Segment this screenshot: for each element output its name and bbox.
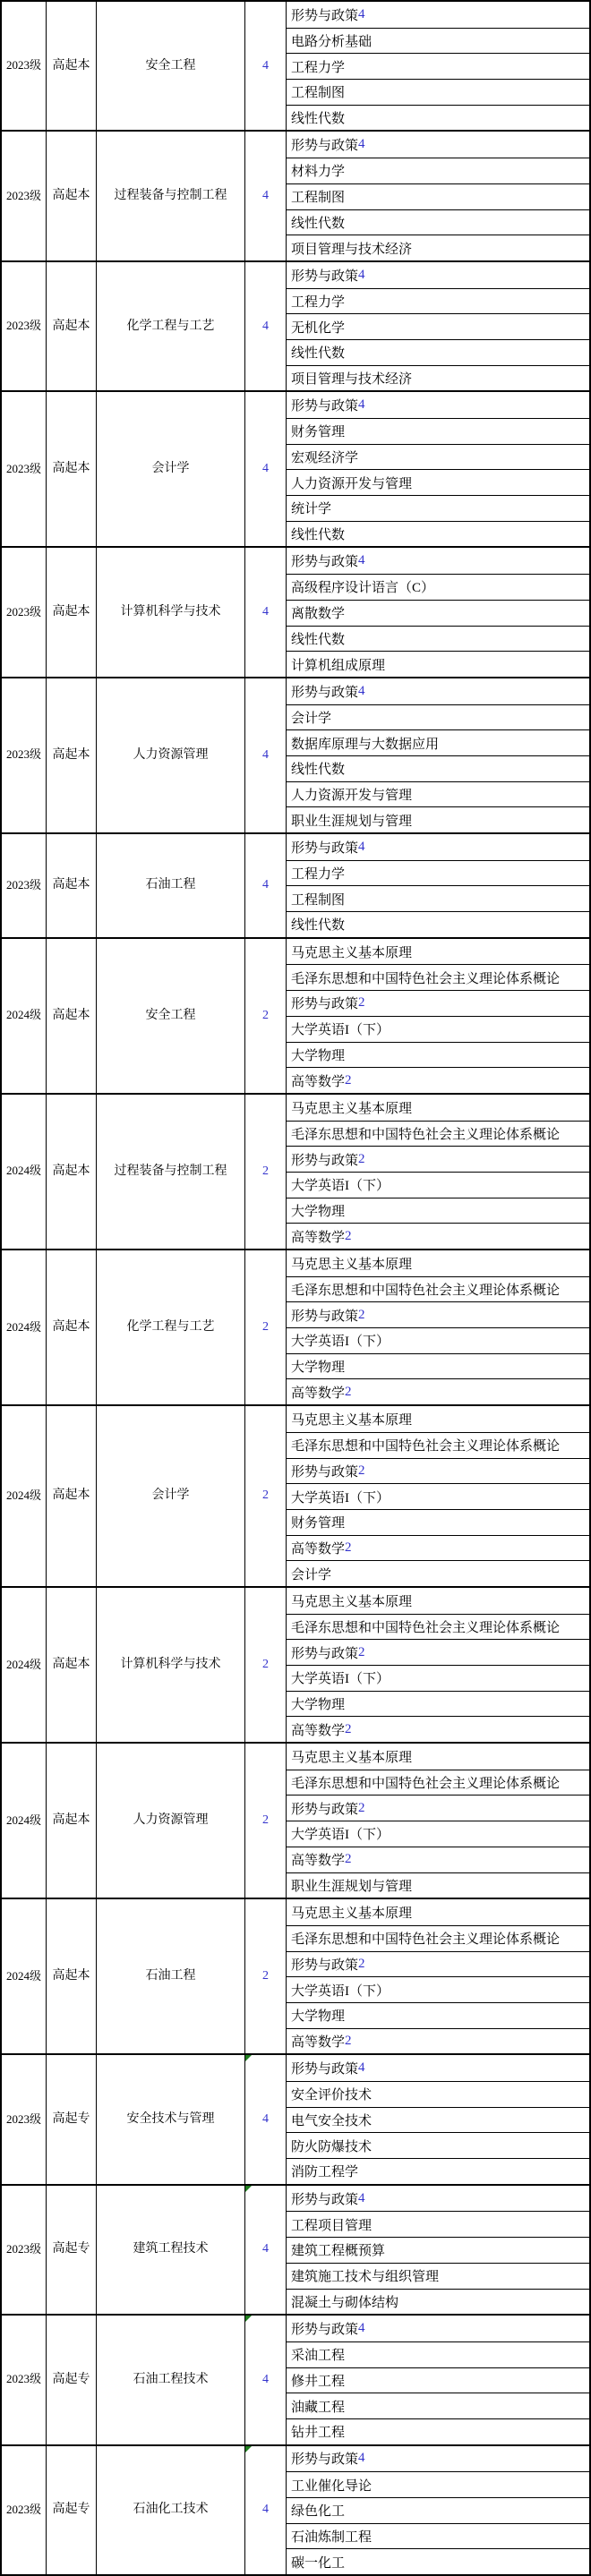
course-cell: 大学英语I（下） — [287, 1327, 589, 1353]
course-cell: 工程制图 — [287, 183, 589, 209]
cell-corner-marker — [245, 2316, 252, 2322]
major-cell: 会计学 — [97, 1406, 245, 1586]
course-cell: 材料力学 — [287, 158, 589, 183]
course-cell: 消防工程学 — [287, 2158, 589, 2184]
level-cell: 高起本 — [47, 1406, 97, 1586]
level-cell: 高起专 — [47, 2446, 97, 2574]
course-cell: 形势与政策2 — [287, 1301, 589, 1327]
credit-value: 2 — [262, 1813, 269, 1828]
course-cell: 形势与政策4 — [287, 678, 589, 704]
courses-cell: 形势与政策4工程力学工程制图线性代数 — [287, 834, 589, 937]
course-cell: 职业生涯规划与管理 — [287, 806, 589, 832]
course-cell: 毛泽东思想和中国特色社会主义理论体系概论 — [287, 1121, 589, 1147]
credit-value: 2 — [262, 1009, 269, 1023]
courses-cell: 马克思主义基本原理毛泽东思想和中国特色社会主义理论体系概论形势与政策2大学英语I… — [287, 1899, 589, 2053]
course-cell: 高等数学2 — [287, 1378, 589, 1404]
course-cell: 线性代数 — [287, 626, 589, 652]
major-cell: 安全工程 — [97, 939, 245, 1093]
major-cell: 安全工程 — [97, 2, 245, 130]
courses-cell: 马克思主义基本原理毛泽东思想和中国特色社会主义理论体系概论形势与政策2大学英语I… — [287, 1744, 589, 1898]
course-cell: 统计学 — [287, 495, 589, 521]
credit-cell: 2 — [245, 939, 287, 1093]
credit-cell: 2 — [245, 1095, 287, 1249]
courses-cell: 形势与政策4会计学数据库原理与大数据应用线性代数人力资源开发与管理职业生涯规划与… — [287, 678, 589, 832]
major-cell: 石油工程 — [97, 834, 245, 937]
courses-cell: 形势与政策4工业催化导论绿色化工石油炼制工程碳一化工 — [287, 2446, 589, 2574]
course-cell: 绿色化工 — [287, 2497, 589, 2523]
course-cell: 计算机组成原理 — [287, 651, 589, 677]
grade-cell: 2023级 — [2, 2, 47, 130]
credit-cell: 2 — [245, 1250, 287, 1404]
major-cell: 会计学 — [97, 392, 245, 546]
course-cell: 大学英语I（下） — [287, 1821, 589, 1847]
grade-cell: 2023级 — [2, 132, 47, 260]
grade-cell: 2024级 — [2, 939, 47, 1093]
grade-cell: 2024级 — [2, 1406, 47, 1586]
course-cell: 形势与政策2 — [287, 1951, 589, 1977]
courses-cell: 马克思主义基本原理毛泽东思想和中国特色社会主义理论体系概论形势与政策2大学英语I… — [287, 1250, 589, 1404]
course-group-row: 2024级 高起本 计算机科学与技术 2 马克思主义基本原理毛泽东思想和中国特色… — [2, 1586, 589, 1742]
grade-cell: 2024级 — [2, 1899, 47, 2053]
course-cell: 毛泽东思想和中国特色社会主义理论体系概论 — [287, 1925, 589, 1951]
course-cell: 形势与政策4 — [287, 2316, 589, 2341]
course-cell: 大学英语I（下） — [287, 1976, 589, 2002]
credit-cell: 4 — [245, 262, 287, 390]
grade-cell: 2024级 — [2, 1588, 47, 1742]
level-cell: 高起本 — [47, 1095, 97, 1249]
course-cell: 大学物理 — [287, 1198, 589, 1224]
major-cell: 安全技术与管理 — [97, 2055, 245, 2183]
course-cell: 职业生涯规划与管理 — [287, 1872, 589, 1898]
course-cell: 毛泽东思想和中国特色社会主义理论体系概论 — [287, 1614, 589, 1640]
credit-value: 4 — [262, 605, 269, 619]
major-cell: 建筑工程技术 — [97, 2186, 245, 2314]
credit-value: 4 — [262, 59, 269, 73]
course-group-row: 2024级 高起本 化学工程与工艺 2 马克思主义基本原理毛泽东思想和中国特色社… — [2, 1249, 589, 1404]
course-cell: 形势与政策4 — [287, 262, 589, 288]
grade-cell: 2023级 — [2, 834, 47, 937]
major-cell: 计算机科学与技术 — [97, 1588, 245, 1742]
course-cell: 形势与政策4 — [287, 834, 589, 860]
grade-cell: 2024级 — [2, 1250, 47, 1404]
course-cell: 混凝土与砌体结构 — [287, 2289, 589, 2315]
courses-cell: 形势与政策4工程项目管理建筑工程概预算建筑施工技术与组织管理混凝土与砌体结构 — [287, 2186, 589, 2314]
course-cell: 线性代数 — [287, 911, 589, 937]
course-cell: 高等数学2 — [287, 1223, 589, 1249]
course-cell: 油藏工程 — [287, 2393, 589, 2418]
course-cell: 电路分析基础 — [287, 28, 589, 54]
grade-cell: 2023级 — [2, 2446, 47, 2574]
grade-cell: 2023级 — [2, 2055, 47, 2183]
level-cell: 高起专 — [47, 2186, 97, 2314]
course-group-row: 2023级 高起本 安全工程 4 形势与政策4电路分析基础工程力学工程制图线性代… — [2, 2, 589, 130]
courses-cell: 马克思主义基本原理毛泽东思想和中国特色社会主义理论体系概论形势与政策2大学英语I… — [287, 1588, 589, 1742]
courses-cell: 形势与政策4高级程序设计语言（C）离散数学线性代数计算机组成原理 — [287, 548, 589, 676]
level-cell: 高起本 — [47, 1588, 97, 1742]
credit-value: 4 — [262, 2373, 269, 2387]
credit-cell: 4 — [245, 2186, 287, 2314]
course-cell: 会计学 — [287, 704, 589, 730]
course-cell: 采油工程 — [287, 2341, 589, 2367]
level-cell: 高起本 — [47, 392, 97, 546]
course-cell: 毛泽东思想和中国特色社会主义理论体系概论 — [287, 1432, 589, 1458]
course-group-row: 2023级 高起本 计算机科学与技术 4 形势与政策4高级程序设计语言（C）离散… — [2, 546, 589, 676]
course-cell: 形势与政策4 — [287, 2, 589, 28]
cell-corner-marker — [245, 2055, 252, 2061]
course-cell: 建筑工程概预算 — [287, 2237, 589, 2263]
courses-cell: 形势与政策4电路分析基础工程力学工程制图线性代数 — [287, 2, 589, 130]
course-group-row: 2024级 高起本 会计学 2 马克思主义基本原理毛泽东思想和中国特色社会主义理… — [2, 1404, 589, 1586]
credit-value: 2 — [262, 1164, 269, 1179]
course-cell: 线性代数 — [287, 209, 589, 235]
course-group-row: 2023级 高起本 化学工程与工艺 4 形势与政策4工程力学无机化学线性代数项目… — [2, 260, 589, 390]
credit-cell: 2 — [245, 1588, 287, 1742]
credit-cell: 2 — [245, 1744, 287, 1898]
major-cell: 化学工程与工艺 — [97, 262, 245, 390]
credit-cell: 4 — [245, 2, 287, 130]
course-cell: 马克思主义基本原理 — [287, 1588, 589, 1614]
course-cell: 人力资源开发与管理 — [287, 781, 589, 807]
course-cell: 线性代数 — [287, 521, 589, 547]
course-cell: 线性代数 — [287, 339, 589, 365]
course-cell: 大学物理 — [287, 2002, 589, 2028]
course-cell: 财务管理 — [287, 418, 589, 444]
major-cell: 石油工程技术 — [97, 2316, 245, 2444]
major-cell: 石油化工技术 — [97, 2446, 245, 2574]
course-cell: 毛泽东思想和中国特色社会主义理论体系概论 — [287, 964, 589, 990]
major-cell: 过程装备与控制工程 — [97, 132, 245, 260]
grade-cell: 2023级 — [2, 262, 47, 390]
course-cell: 人力资源开发与管理 — [287, 469, 589, 495]
courses-cell: 形势与政策4采油工程修井工程油藏工程钻井工程 — [287, 2316, 589, 2444]
level-cell: 高起本 — [47, 834, 97, 937]
credit-cell: 4 — [245, 2446, 287, 2574]
course-cell: 高等数学2 — [287, 1716, 589, 1742]
credit-value: 4 — [262, 2503, 269, 2517]
credit-cell: 4 — [245, 132, 287, 260]
credit-value: 2 — [262, 1969, 269, 1983]
course-cell: 马克思主义基本原理 — [287, 1899, 589, 1925]
course-cell: 建筑施工技术与组织管理 — [287, 2263, 589, 2289]
credit-value: 4 — [262, 320, 269, 334]
course-cell: 钻井工程 — [287, 2418, 589, 2444]
course-cell: 安全评价技术 — [287, 2081, 589, 2107]
level-cell: 高起专 — [47, 2055, 97, 2183]
course-cell: 高等数学2 — [287, 1067, 589, 1093]
courses-cell: 形势与政策4材料力学工程制图线性代数项目管理与技术经济 — [287, 132, 589, 260]
grade-cell: 2023级 — [2, 548, 47, 676]
course-cell: 项目管理与技术经济 — [287, 235, 589, 260]
course-cell: 修井工程 — [287, 2367, 589, 2393]
credit-cell: 2 — [245, 1899, 287, 2053]
course-group-row: 2024级 高起本 安全工程 2 马克思主义基本原理毛泽东思想和中国特色社会主义… — [2, 937, 589, 1093]
credit-value: 4 — [262, 2112, 269, 2127]
course-cell: 高级程序设计语言（C） — [287, 574, 589, 600]
courses-cell: 马克思主义基本原理毛泽东思想和中国特色社会主义理论体系概论形势与政策2大学英语I… — [287, 939, 589, 1093]
course-cell: 马克思主义基本原理 — [287, 939, 589, 965]
cell-corner-marker — [245, 2446, 252, 2452]
courses-cell: 马克思主义基本原理毛泽东思想和中国特色社会主义理论体系概论形势与政策2大学英语I… — [287, 1095, 589, 1249]
credit-value: 4 — [262, 189, 269, 203]
course-cell: 线性代数 — [287, 105, 589, 131]
course-cell: 离散数学 — [287, 600, 589, 626]
level-cell: 高起本 — [47, 2, 97, 130]
course-cell: 形势与政策4 — [287, 2186, 589, 2212]
course-cell: 大学英语I（下） — [287, 1016, 589, 1042]
course-cell: 形势与政策4 — [287, 2446, 589, 2472]
level-cell: 高起本 — [47, 262, 97, 390]
level-cell: 高起本 — [47, 548, 97, 676]
course-cell: 大学物理 — [287, 1353, 589, 1379]
major-cell: 计算机科学与技术 — [97, 548, 245, 676]
major-cell: 化学工程与工艺 — [97, 1250, 245, 1404]
courses-cell: 形势与政策4财务管理宏观经济学人力资源开发与管理统计学线性代数 — [287, 392, 589, 546]
course-cell: 碳一化工 — [287, 2548, 589, 2574]
course-cell: 毛泽东思想和中国特色社会主义理论体系概论 — [287, 1770, 589, 1796]
course-group-row: 2023级 高起专 石油化工技术 4 形势与政策4工业催化导论绿色化工石油炼制工… — [2, 2444, 589, 2574]
courses-cell: 形势与政策4安全评价技术电气安全技术防火防爆技术消防工程学 — [287, 2055, 589, 2183]
course-cell: 马克思主义基本原理 — [287, 1744, 589, 1770]
course-cell: 形势与政策4 — [287, 2055, 589, 2081]
course-group-row: 2023级 高起专 建筑工程技术 4 形势与政策4工程项目管理建筑工程概预算建筑… — [2, 2184, 589, 2314]
course-cell: 形势与政策2 — [287, 1639, 589, 1665]
credit-cell: 4 — [245, 834, 287, 937]
level-cell: 高起本 — [47, 678, 97, 832]
course-group-row: 2023级 高起本 石油工程 4 形势与政策4工程力学工程制图线性代数 — [2, 832, 589, 937]
grade-cell: 2024级 — [2, 1744, 47, 1898]
grade-cell: 2023级 — [2, 392, 47, 546]
course-cell: 形势与政策2 — [287, 990, 589, 1016]
course-group-row: 2023级 高起本 会计学 4 形势与政策4财务管理宏观经济学人力资源开发与管理… — [2, 390, 589, 546]
course-group-row: 2024级 高起本 过程装备与控制工程 2 马克思主义基本原理毛泽东思想和中国特… — [2, 1093, 589, 1249]
course-cell: 大学英语I（下） — [287, 1172, 589, 1198]
credit-cell: 4 — [245, 2316, 287, 2444]
credit-cell: 4 — [245, 2055, 287, 2183]
level-cell: 高起专 — [47, 2316, 97, 2444]
course-cell: 大学英语I（下） — [287, 1665, 589, 1691]
course-group-row: 2023级 高起本 人力资源管理 4 形势与政策4会计学数据库原理与大数据应用线… — [2, 677, 589, 832]
course-cell: 形势与政策4 — [287, 132, 589, 158]
courses-cell: 马克思主义基本原理毛泽东思想和中国特色社会主义理论体系概论形势与政策2大学英语I… — [287, 1406, 589, 1586]
course-cell: 大学英语I（下） — [287, 1483, 589, 1509]
course-cell: 工程力学 — [287, 860, 589, 886]
credit-cell: 4 — [245, 392, 287, 546]
grade-cell: 2023级 — [2, 2186, 47, 2314]
credit-value: 2 — [262, 1658, 269, 1672]
credit-value: 4 — [262, 748, 269, 763]
grade-cell: 2024级 — [2, 1095, 47, 1249]
course-cell: 高等数学2 — [287, 1535, 589, 1561]
course-cell: 大学物理 — [287, 1042, 589, 1068]
course-group-row: 2024级 高起本 人力资源管理 2 马克思主义基本原理毛泽东思想和中国特色社会… — [2, 1742, 589, 1898]
course-cell: 工业催化导论 — [287, 2471, 589, 2497]
course-group-row: 2023级 高起专 安全技术与管理 4 形势与政策4安全评价技术电气安全技术防火… — [2, 2053, 589, 2183]
course-group-row: 2023级 高起专 石油工程技术 4 形势与政策4采油工程修井工程油藏工程钻井工… — [2, 2314, 589, 2444]
course-cell: 马克思主义基本原理 — [287, 1250, 589, 1276]
credit-cell: 4 — [245, 678, 287, 832]
course-cell: 形势与政策2 — [287, 1458, 589, 1484]
course-cell: 工程制图 — [287, 79, 589, 105]
course-cell: 形势与政策2 — [287, 1146, 589, 1172]
course-schedule-table: 2023级 高起本 安全工程 4 形势与政策4电路分析基础工程力学工程制图线性代… — [0, 0, 591, 2576]
credit-value: 4 — [262, 878, 269, 892]
course-cell: 防火防爆技术 — [287, 2132, 589, 2158]
course-cell: 工程力学 — [287, 53, 589, 79]
course-cell: 财务管理 — [287, 1509, 589, 1535]
courses-cell: 形势与政策4工程力学无机化学线性代数项目管理与技术经济 — [287, 262, 589, 390]
major-cell: 石油工程 — [97, 1899, 245, 2053]
course-cell: 宏观经济学 — [287, 444, 589, 470]
level-cell: 高起本 — [47, 1899, 97, 2053]
grade-cell: 2023级 — [2, 2316, 47, 2444]
credit-cell: 4 — [245, 548, 287, 676]
level-cell: 高起本 — [47, 1250, 97, 1404]
course-cell: 马克思主义基本原理 — [287, 1406, 589, 1432]
course-cell: 高等数学2 — [287, 2028, 589, 2054]
course-cell: 无机化学 — [287, 313, 589, 339]
course-cell: 石油炼制工程 — [287, 2523, 589, 2549]
major-cell: 人力资源管理 — [97, 678, 245, 832]
course-cell: 工程项目管理 — [287, 2211, 589, 2237]
level-cell: 高起本 — [47, 939, 97, 1093]
course-cell: 电气安全技术 — [287, 2107, 589, 2133]
course-cell: 形势与政策4 — [287, 392, 589, 418]
course-cell: 工程力学 — [287, 288, 589, 314]
major-cell: 过程装备与控制工程 — [97, 1095, 245, 1249]
course-group-row: 2023级 高起本 过程装备与控制工程 4 形势与政策4材料力学工程制图线性代数… — [2, 130, 589, 260]
course-cell: 工程制图 — [287, 885, 589, 911]
course-cell: 马克思主义基本原理 — [287, 1095, 589, 1121]
level-cell: 高起本 — [47, 132, 97, 260]
course-cell: 项目管理与技术经济 — [287, 365, 589, 391]
course-cell: 数据库原理与大数据应用 — [287, 729, 589, 755]
grade-cell: 2023级 — [2, 678, 47, 832]
cell-corner-marker — [245, 2186, 252, 2192]
course-cell: 形势与政策2 — [287, 1795, 589, 1821]
level-cell: 高起本 — [47, 1744, 97, 1898]
course-cell: 形势与政策4 — [287, 548, 589, 574]
course-cell: 毛泽东思想和中国特色社会主义理论体系概论 — [287, 1276, 589, 1302]
credit-value: 4 — [262, 462, 269, 476]
credit-cell: 2 — [245, 1406, 287, 1586]
credit-value: 2 — [262, 1488, 269, 1503]
major-cell: 人力资源管理 — [97, 1744, 245, 1898]
course-cell: 线性代数 — [287, 755, 589, 781]
course-cell: 高等数学2 — [287, 1847, 589, 1872]
credit-value: 2 — [262, 1320, 269, 1335]
course-cell: 大学物理 — [287, 1691, 589, 1717]
course-cell: 会计学 — [287, 1560, 589, 1586]
course-group-row: 2024级 高起本 石油工程 2 马克思主义基本原理毛泽东思想和中国特色社会主义… — [2, 1898, 589, 2053]
credit-value: 4 — [262, 2242, 269, 2256]
